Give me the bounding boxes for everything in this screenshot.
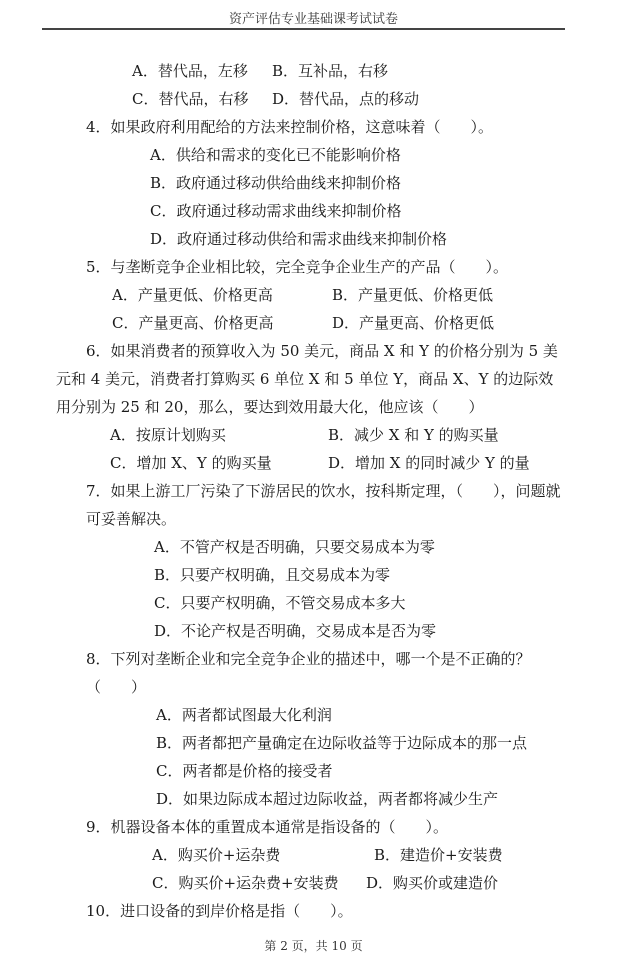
question-stem: 5．与垄断竞争企业相比较，完全竞争企业生产的产品（ ）。	[86, 257, 508, 277]
option-b: B．减少 X 和 Y 的购买量	[328, 425, 499, 445]
question-stem-line-3: 用分别为 25 和 20，那么，要达到效用最大化，他应该（ ）	[56, 397, 483, 417]
option-b: B．建造价+安装费	[374, 845, 503, 865]
option-b: B．产量更低、价格更低	[332, 285, 493, 305]
option-c: C．两者都是价格的接受者	[156, 761, 332, 781]
option-c: C．替代品，右移	[132, 89, 248, 109]
option-a: A．不管产权是否明确，只要交易成本为零	[154, 537, 435, 557]
question-stem: 4．如果政府利用配给的方法来控制价格，这意味着（ ）。	[86, 117, 493, 137]
option-d: D．如果边际成本超过边际收益，两者都将减少生产	[156, 789, 498, 809]
question-stem-line-2: （ ）	[86, 677, 146, 697]
page-number: 第 2 页，共 10 页	[0, 937, 627, 954]
option-d: D．政府通过移动供给和需求曲线来抑制价格	[150, 229, 447, 249]
option-a: A．购买价+运杂费	[152, 845, 280, 865]
option-c: C．购买价+运杂费+安装费	[152, 873, 339, 893]
question-stem-line-2: 可妥善解决。	[86, 509, 176, 529]
option-a: A．供给和需求的变化已不能影响价格	[150, 145, 401, 165]
exam-title: 资产评估专业基础课考试试卷	[0, 8, 627, 27]
option-c: C．产量更高、价格更高	[112, 313, 273, 333]
option-c: C．政府通过移动需求曲线来抑制价格	[150, 201, 401, 221]
question-stem-line-2: 元和 4 美元，消费者打算购买 6 单位 X 和 5 单位 Y，商品 X、Y 的…	[56, 369, 553, 389]
option-a: A．按原计划购买	[110, 425, 226, 445]
option-a: A．产量更低、价格更高	[112, 285, 273, 305]
option-d: D．增加 X 的同时减少 Y 的量	[328, 453, 530, 473]
option-a: A．替代品，左移	[132, 61, 248, 81]
option-b: B．只要产权明确，且交易成本为零	[154, 565, 390, 585]
option-d: D．替代品，点的移动	[272, 89, 419, 109]
option-a: A．两者都试图最大化利润	[156, 705, 332, 725]
question-stem-line-1: 8．下列对垄断企业和完全竞争企业的描述中，哪一个是不正确的？	[86, 649, 531, 669]
question-stem-line-1: 7．如果上游工厂污染了下游居民的饮水，按科斯定理，（ ），问题就	[86, 481, 561, 501]
option-c: C．增加 X、Y 的购买量	[110, 453, 272, 473]
header-divider	[42, 28, 565, 30]
option-b: B．互补品，右移	[272, 61, 388, 81]
option-d: D．购买价或建造价	[366, 873, 498, 893]
question-stem: 10．进口设备的到岸价格是指（ ）。	[86, 901, 353, 921]
option-d: D．不论产权是否明确，交易成本是否为零	[154, 621, 436, 641]
question-stem-line-1: 6．如果消费者的预算收入为 50 美元，商品 X 和 Y 的价格分别为 5 美	[86, 341, 558, 361]
option-b: B．两者都把产量确定在边际收益等于边际成本的那一点	[156, 733, 527, 753]
option-c: C．只要产权明确，不管交易成本多大	[154, 593, 405, 613]
option-b: B．政府通过移动供给曲线来抑制价格	[150, 173, 401, 193]
question-stem: 9．机器设备本体的重置成本通常是指设备的（ ）。	[86, 817, 448, 837]
option-d: D．产量更高、价格更低	[332, 313, 494, 333]
